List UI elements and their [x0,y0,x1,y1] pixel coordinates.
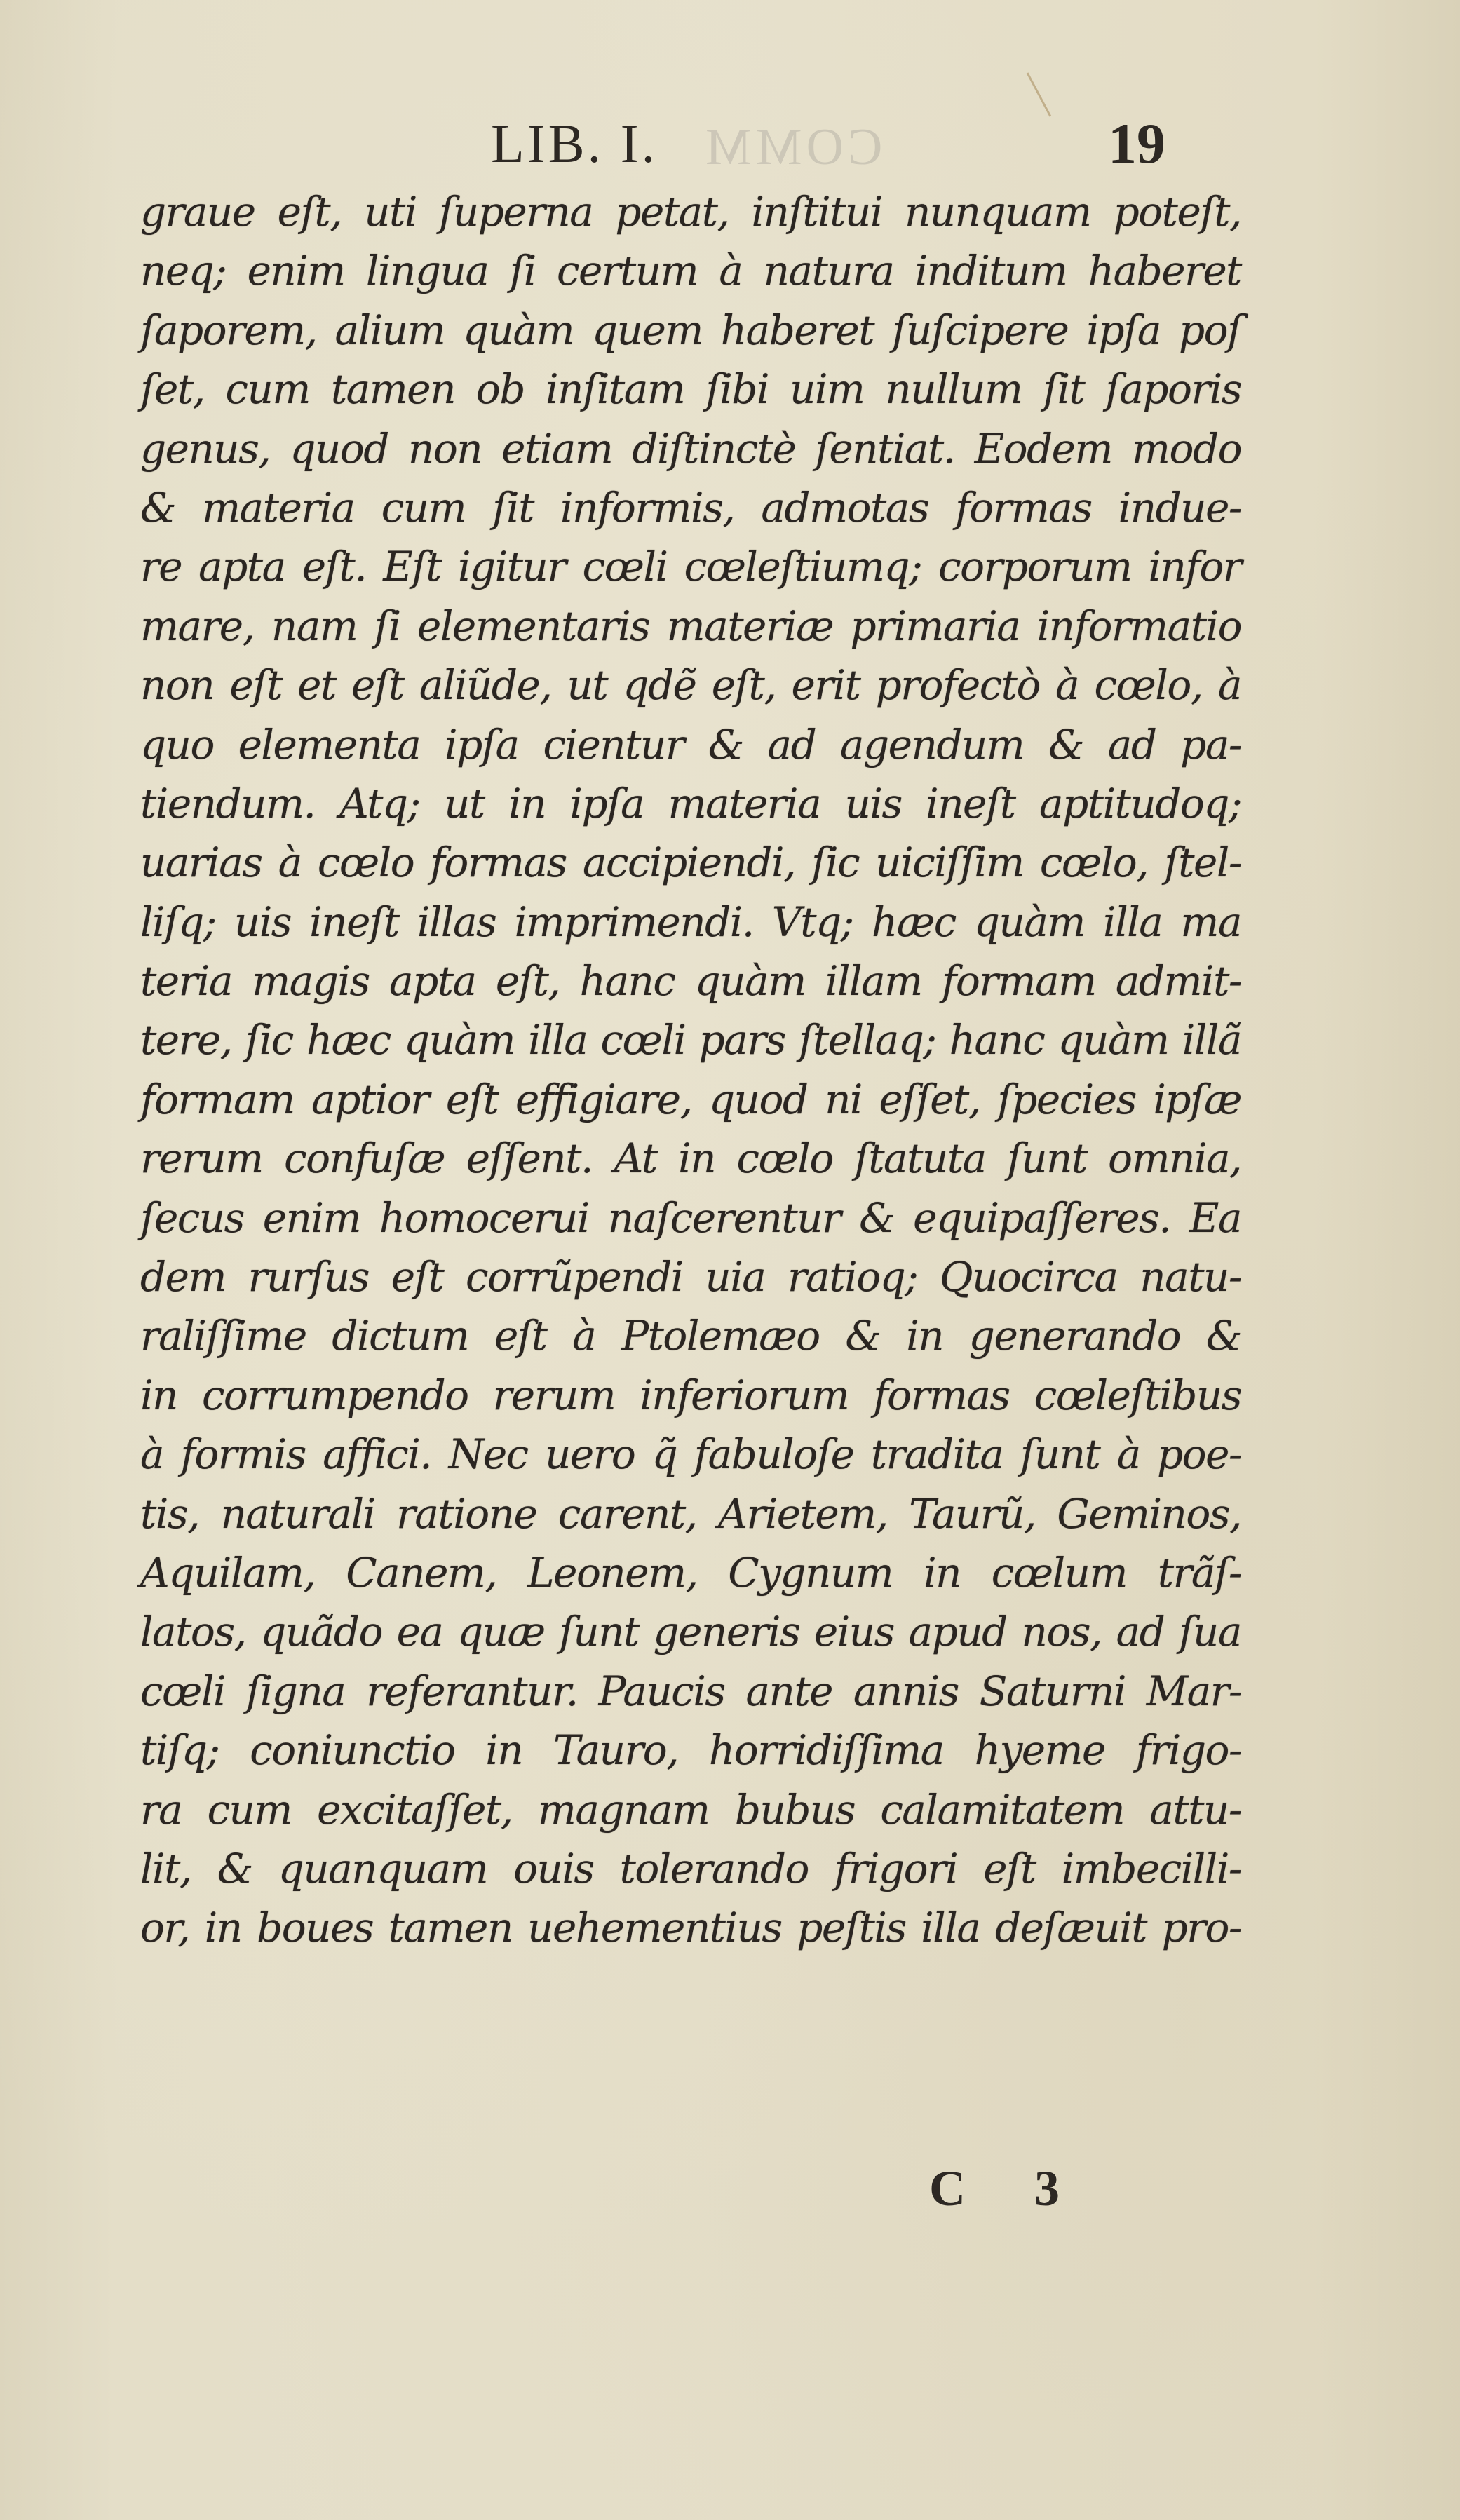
text-line: in corrumpendo rerum inferiorum formas c… [140,1366,1241,1425]
text-line: neq; enim lingua ſi certum à natura indi… [140,241,1241,300]
text-line: & materia cum ſit informis, admotas form… [140,478,1241,537]
book-page: COMM LIB. I. 19 graue eſt, uti ſuperna p… [0,0,1460,2520]
text-line: ra cum excitaſſet, magnam bubus calamita… [140,1780,1241,1839]
text-line: graue eſt, uti ſuperna petat, inſtitui n… [140,182,1241,241]
text-line: or, in boues tamen uehementius peſtis il… [140,1898,1241,1957]
text-line: tere, ſic hæc quàm illa cœli pars ſtella… [140,1010,1241,1069]
text-line: formam aptior eſt effigiare, quod ni eſſ… [140,1070,1241,1129]
text-line: Aquilam, Canem, Leonem, Cygnum in cœlum … [140,1543,1241,1602]
text-line: quo elementa ipſa cientur & ad agendum &… [140,715,1241,774]
text-line: non eſt et eſt aliũde, ut qdẽ eſt, erit … [140,656,1241,714]
text-line: liſq; uis ineſt illas imprimendi. Vtq; h… [140,893,1241,951]
text-line: rerum confuſæ eſſent. At in cœlo ſtatuta… [140,1129,1241,1188]
bleed-through-text: COMM [701,118,882,177]
text-line: dem rurſus eſt corrũpendi uia ratioq; Qu… [140,1247,1241,1306]
running-head: LIB. I. [491,112,658,175]
text-line: à formis affici. Nec uero q̃ fabuloſe tr… [140,1425,1241,1484]
text-line: ſet, cum tamen ob inſitam ſibi uim nullu… [140,360,1241,419]
text-line: teria magis apta eſt, hanc quàm illam fo… [140,951,1241,1010]
text-line: tiſq; coniunctio in Tauro, horridiſſima … [140,1721,1241,1780]
text-line: tiendum. Atq; ut in ipſa materia uis ine… [140,774,1241,833]
text-line: ſaporem, alium quàm quem haberet ſuſcipe… [140,301,1241,360]
stray-ink-mark [1027,72,1052,116]
text-line: ſecus enim homocerui naſcerentur & equip… [140,1188,1241,1247]
text-line: raliſſime dictum eſt à Ptolemæo & in gen… [140,1306,1241,1365]
text-line: cœli ſigna referantur. Paucis ante annis… [140,1662,1241,1721]
text-line: uarias à cœlo formas accipiendi, ſic uic… [140,833,1241,892]
text-line: genus, quod non etiam diſtinctè ſentiat.… [140,419,1241,478]
text-line: tis, naturali ratione carent, Arietem, T… [140,1484,1241,1543]
text-line: lit, & quanquam ouis tolerando frigori e… [140,1839,1241,1898]
page-number: 19 [1108,111,1165,177]
text-line: re apta eſt. Eſt igitur cœli cœleſtiumq;… [140,537,1241,596]
text-line: mare, nam ſi elementaris materiæ primari… [140,597,1241,656]
text-line: latos, quãdo ea quæ ſunt generis eius ap… [140,1602,1241,1661]
signature-mark: C 3 [929,2160,1088,2218]
body-text: graue eſt, uti ſuperna petat, inſtitui n… [140,182,1241,1958]
